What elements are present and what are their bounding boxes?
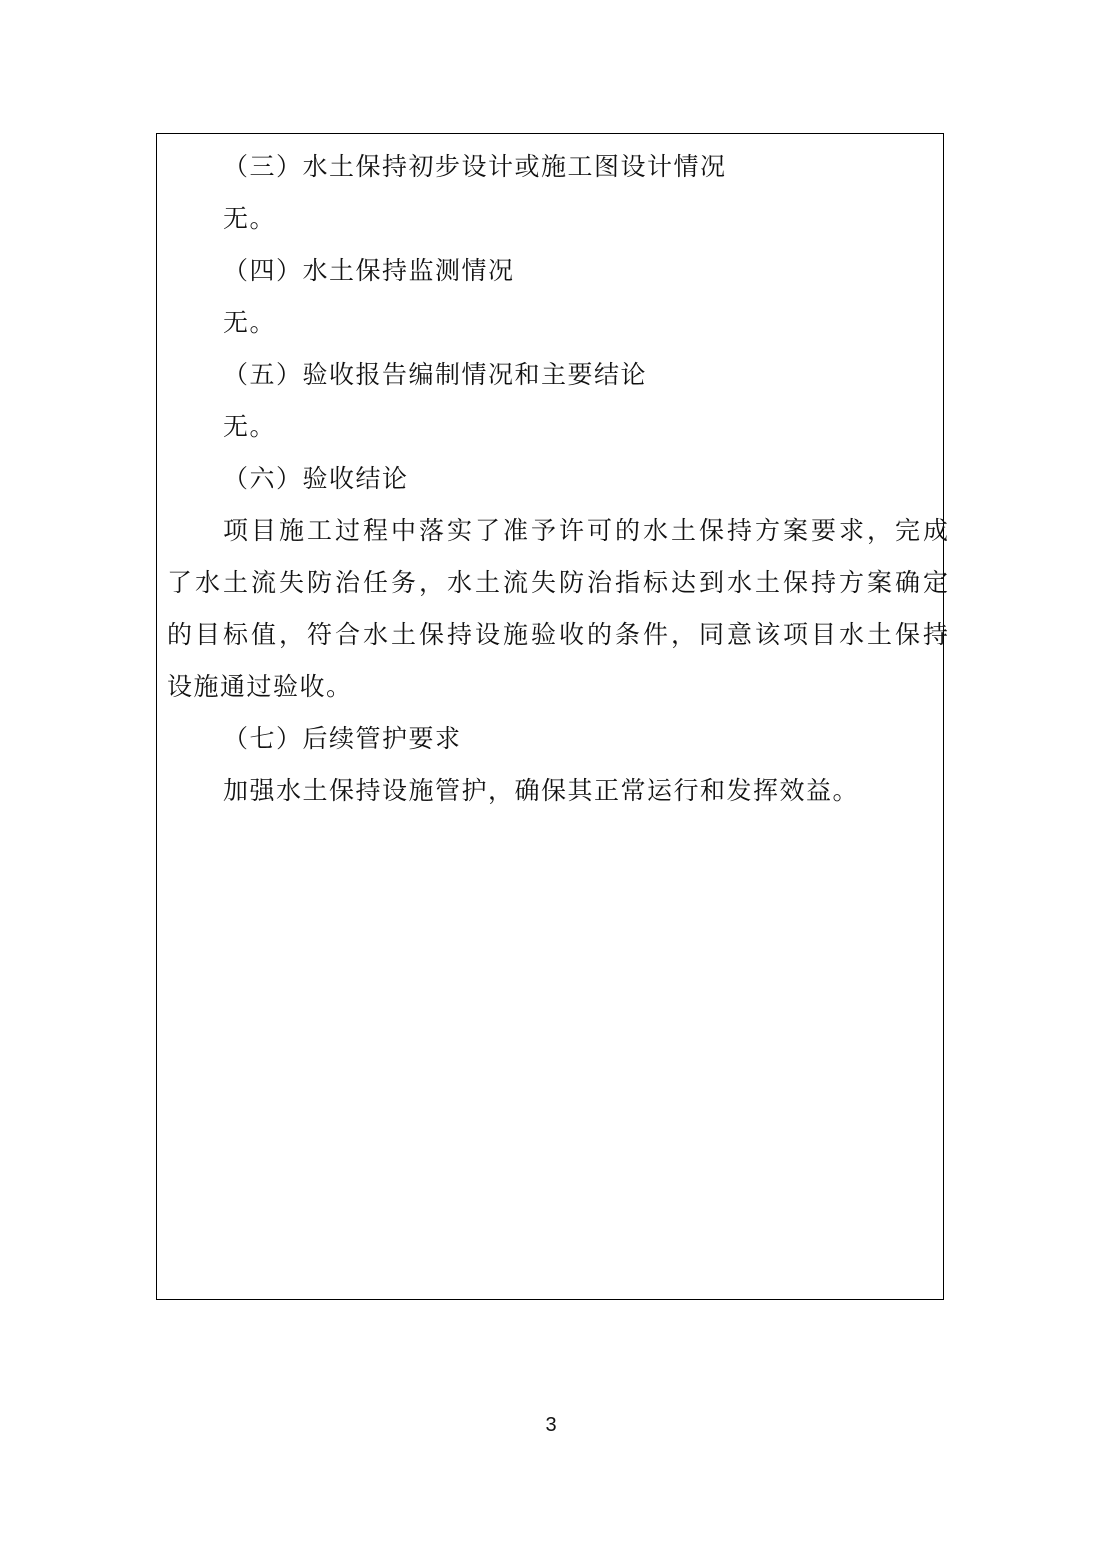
section-body-7: 加强水土保持设施管护，确保其正常运行和发挥效益。	[167, 769, 933, 821]
section-heading-6: （六）验收结论	[167, 457, 933, 509]
section-body-4: 无。	[167, 301, 933, 353]
section-heading-5: （五）验收报告编制情况和主要结论	[167, 353, 933, 405]
section-heading-3: （三）水土保持初步设计或施工图设计情况	[167, 145, 933, 197]
section-body-6-line-2: 了水土流失防治任务，水土流失防治指标达到水土保持方案确定	[167, 561, 933, 613]
section-body-6-line-4: 设施通过验收。	[167, 665, 933, 717]
section-heading-7: （七）后续管护要求	[167, 717, 933, 769]
content-table-cell: （三）水土保持初步设计或施工图设计情况 无。 （四）水土保持监测情况 无。 （五…	[156, 133, 944, 1300]
section-body-6-line-3: 的目标值，符合水土保持设施验收的条件，同意该项目水土保持	[167, 613, 933, 665]
section-body-6-line-1: 项目施工过程中落实了准予许可的水土保持方案要求，完成	[167, 509, 933, 561]
section-body-5: 无。	[167, 405, 933, 457]
document-content: （三）水土保持初步设计或施工图设计情况 无。 （四）水土保持监测情况 无。 （五…	[167, 145, 933, 821]
section-body-3: 无。	[167, 197, 933, 249]
page-number: 3	[0, 1414, 1102, 1437]
section-heading-4: （四）水土保持监测情况	[167, 249, 933, 301]
